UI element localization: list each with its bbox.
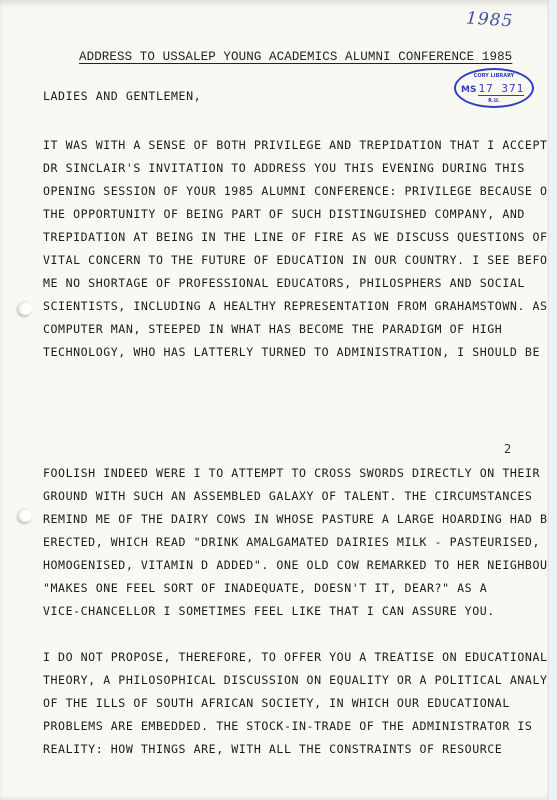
library-stamp: CORY LIBRARY MS17 371 R.U. [454,68,534,108]
salutation: LADIES AND GENTLEMEN, [43,89,201,103]
text-line: OPENING SESSION OF YOUR 1985 ALUMNI CONF… [43,184,555,198]
text-line: REALITY: HOW THINGS ARE, WITH ALL THE CO… [43,742,502,756]
stamp-ms-number: MS17 371 [461,82,524,95]
text-line: IT WAS WITH A SENSE OF BOTH PRIVILEGE AN… [43,138,557,152]
text-line: DR SINCLAIR'S INVITATION TO ADDRESS YOU … [43,161,525,175]
text-line: OF THE ILLS OF SOUTH AFRICAN SOCIETY, IN… [43,696,510,710]
page-edge [548,0,557,800]
document-title: ADDRESS TO USSALEP YOUNG ACADEMICS ALUMN… [79,50,512,64]
text-line: TREPIDATION AT BEING IN THE LINE OF FIRE… [43,230,548,244]
text-line: PROBLEMS ARE EMBEDDED. THE STOCK-IN-TRAD… [43,719,532,733]
text-line: GROUND WITH SUCH AN ASSEMBLED GALAXY OF … [43,489,532,503]
document-page: 1985 ADDRESS TO USSALEP YOUNG ACADEMICS … [0,0,549,800]
stamp-institution: R.U. [456,98,532,104]
page-number: 2 [504,442,511,456]
text-line: THE OPPORTUNITY OF BEING PART OF SUCH DI… [43,207,525,221]
text-line: I DO NOT PROPOSE, THEREFORE, TO OFFER YO… [43,650,548,664]
handwritten-year-annotation: 1985 [465,8,514,31]
text-line: HOMOGENISED, VITAMIN D ADDED". ONE OLD C… [43,558,557,572]
stamp-number: 17 371 [478,82,524,96]
text-line: TECHNOLOGY, WHO HAS LATTERLY TURNED TO A… [43,345,540,359]
punch-hole-upper [18,301,32,315]
text-line: "MAKES ONE FEEL SORT OF INADEQUATE, DOES… [43,581,487,595]
text-line: FOOLISH INDEED WERE I TO ATTEMPT TO CROS… [43,466,557,480]
text-line: ERECTED, WHICH READ "DRINK AMALGAMATED D… [43,535,540,549]
text-line: SCIENTISTS, INCLUDING A HEALTHY REPRESEN… [43,299,557,313]
text-line: COMPUTER MAN, STEEPED IN WHAT HAS BECOME… [43,322,502,336]
text-line: ME NO SHORTAGE OF PROFESSIONAL EDUCATORS… [43,276,525,290]
text-line: VICE-CHANCELLOR I SOMETIMES FEEL LIKE TH… [43,604,495,618]
text-line: VITAL CONCERN TO THE FUTURE OF EDUCATION… [43,253,557,267]
stamp-library-name: CORY LIBRARY [456,73,532,79]
stamp-prefix: MS [461,85,476,95]
punch-hole-lower [18,508,32,522]
text-line: REMIND ME OF THE DAIRY COWS IN WHOSE PAS… [43,512,557,526]
text-line: THEORY, A PHILOSOPHICAL DISCUSSION ON EQ… [43,673,557,687]
